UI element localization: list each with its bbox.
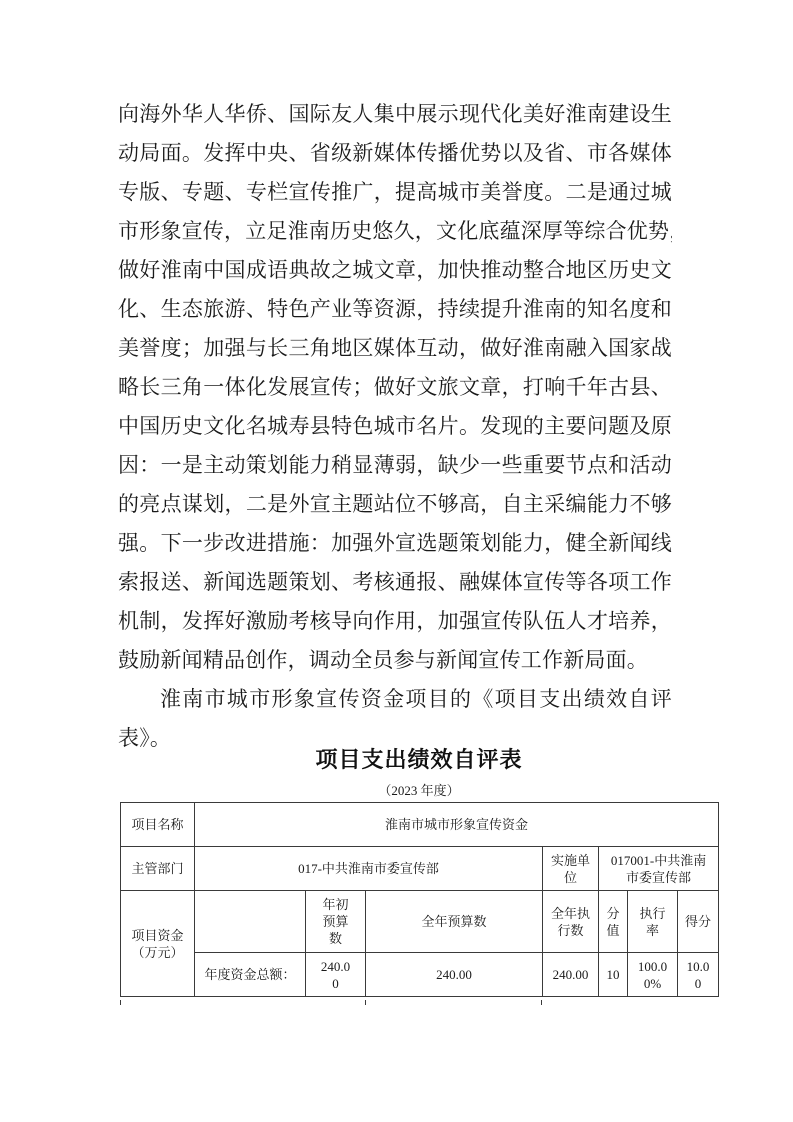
body-line: 美誉度；加强与长三角地区媒体互动，做好淮南融入国家战 <box>118 329 672 368</box>
funds-total-executed: 240.00 <box>543 953 599 997</box>
body-line: 市形象宣传，立足淮南历史悠久，文化底蕴深厚等综合优势， <box>118 212 672 251</box>
body-line: 专版、专题、专栏宣传推广，提高城市美誉度。二是通过城 <box>118 173 672 212</box>
table-cut-border-stub <box>365 1000 366 1005</box>
body-line: 做好淮南中国成语典故之城文章，加快推动整合地区历史文 <box>118 251 672 290</box>
table-cut-border-stub <box>541 1000 542 1005</box>
body-line: 向海外华人华侨、国际友人集中展示现代化美好淮南建设生 <box>118 95 672 134</box>
body-line: 的亮点谋划，二是外宣主题站位不够高，自主采编能力不够 <box>118 485 672 524</box>
funds-empty-cell <box>195 891 306 953</box>
body-line: 淮南市城市形象宣传资金项目的《项目支出绩效自评 <box>118 680 672 719</box>
funds-total-name: 年度资金总额： <box>195 953 306 997</box>
row-funds-header: 项目资金（万元） 年初预算数 全年预算数 全年执行数 分值 执行率 得分 <box>121 891 719 953</box>
funds-total-rate: 100.00% <box>628 953 678 997</box>
dept-value: 017-中共淮南市委宣传部 <box>195 847 543 891</box>
header-exec-rate: 执行率 <box>628 891 678 953</box>
funds-label-text: 项目资金（万元） <box>127 927 189 961</box>
funds-total-score: 10.00 <box>678 953 719 997</box>
header-annual-executed-text: 全年执行数 <box>550 905 592 939</box>
header-initial-budget: 年初预算数 <box>306 891 366 953</box>
table-cut-border-stub <box>120 1000 121 1005</box>
body-line: 化、生态旅游、特色产业等资源，持续提升淮南的知名度和 <box>118 290 672 329</box>
dept-label: 主管部门 <box>121 847 195 891</box>
body-line: 索报送、新闻选题策划、考核通报、融媒体宣传等各项工作 <box>118 563 672 602</box>
funds-total-weight: 10 <box>599 953 628 997</box>
funds-label: 项目资金（万元） <box>121 891 195 997</box>
row-funds-total: 年度资金总额： 240.00 240.00 240.00 10 100.00% … <box>121 953 719 997</box>
header-exec-rate-text: 执行率 <box>639 905 667 939</box>
funds-total-initial-text: 240.00 <box>320 958 351 992</box>
body-line: 机制，发挥好激励考核导向作用，加强宣传队伍人才培养， <box>118 602 672 641</box>
self-eval-table: 项目名称 淮南市城市形象宣传资金 主管部门 017-中共淮南市委宣传部 实施单位… <box>120 802 719 997</box>
funds-total-initial: 240.00 <box>306 953 366 997</box>
header-weight: 分值 <box>599 891 628 953</box>
body-line: 鼓励新闻精品创作，调动全员参与新闻宣传工作新局面。 <box>118 641 672 680</box>
funds-total-annual: 240.00 <box>366 953 543 997</box>
doc-subtitle: （2023 年度） <box>120 782 718 800</box>
self-eval-table-wrap: 项目名称 淮南市城市形象宣传资金 主管部门 017-中共淮南市委宣传部 实施单位… <box>120 802 718 997</box>
row-project-name: 项目名称 淮南市城市形象宣传资金 <box>121 803 719 847</box>
header-initial-budget-text: 年初预算数 <box>322 896 350 947</box>
impl-unit-value-text: 017001-中共淮南市委宣传部 <box>607 852 711 886</box>
impl-unit-value: 017001-中共淮南市委宣传部 <box>599 847 719 891</box>
body-line: 因：一是主动策划能力稍显薄弱，缺少一些重要节点和活动 <box>118 446 672 485</box>
body-line: 略长三角一体化发展宣传；做好文旅文章，打响千年古县、 <box>118 368 672 407</box>
body-line: 强。下一步改进措施：加强外宣选题策划能力，健全新闻线 <box>118 524 672 563</box>
project-name-value: 淮南市城市形象宣传资金 <box>195 803 719 847</box>
document-page: 向海外华人华侨、国际友人集中展示现代化美好淮南建设生动局面。发挥中央、省级新媒体… <box>0 0 793 1122</box>
body-text: 向海外华人华侨、国际友人集中展示现代化美好淮南建设生动局面。发挥中央、省级新媒体… <box>118 95 672 758</box>
impl-unit-label-text: 实施单位 <box>550 852 592 886</box>
project-name-label: 项目名称 <box>121 803 195 847</box>
body-line: 动局面。发挥中央、省级新媒体传播优势以及省、市各媒体 <box>118 134 672 173</box>
row-department: 主管部门 017-中共淮南市委宣传部 实施单位 017001-中共淮南市委宣传部 <box>121 847 719 891</box>
body-line: 中国历史文化名城寿县特色城市名片。发现的主要问题及原 <box>118 407 672 446</box>
impl-unit-label: 实施单位 <box>543 847 599 891</box>
header-score: 得分 <box>678 891 719 953</box>
doc-title: 项目支出绩效自评表 <box>120 744 718 776</box>
header-weight-text: 分值 <box>606 905 620 939</box>
header-annual-executed: 全年执行数 <box>543 891 599 953</box>
funds-total-rate-text: 100.00% <box>636 958 670 992</box>
funds-total-score-text: 10.00 <box>686 958 711 992</box>
header-annual-budget: 全年预算数 <box>366 891 543 953</box>
